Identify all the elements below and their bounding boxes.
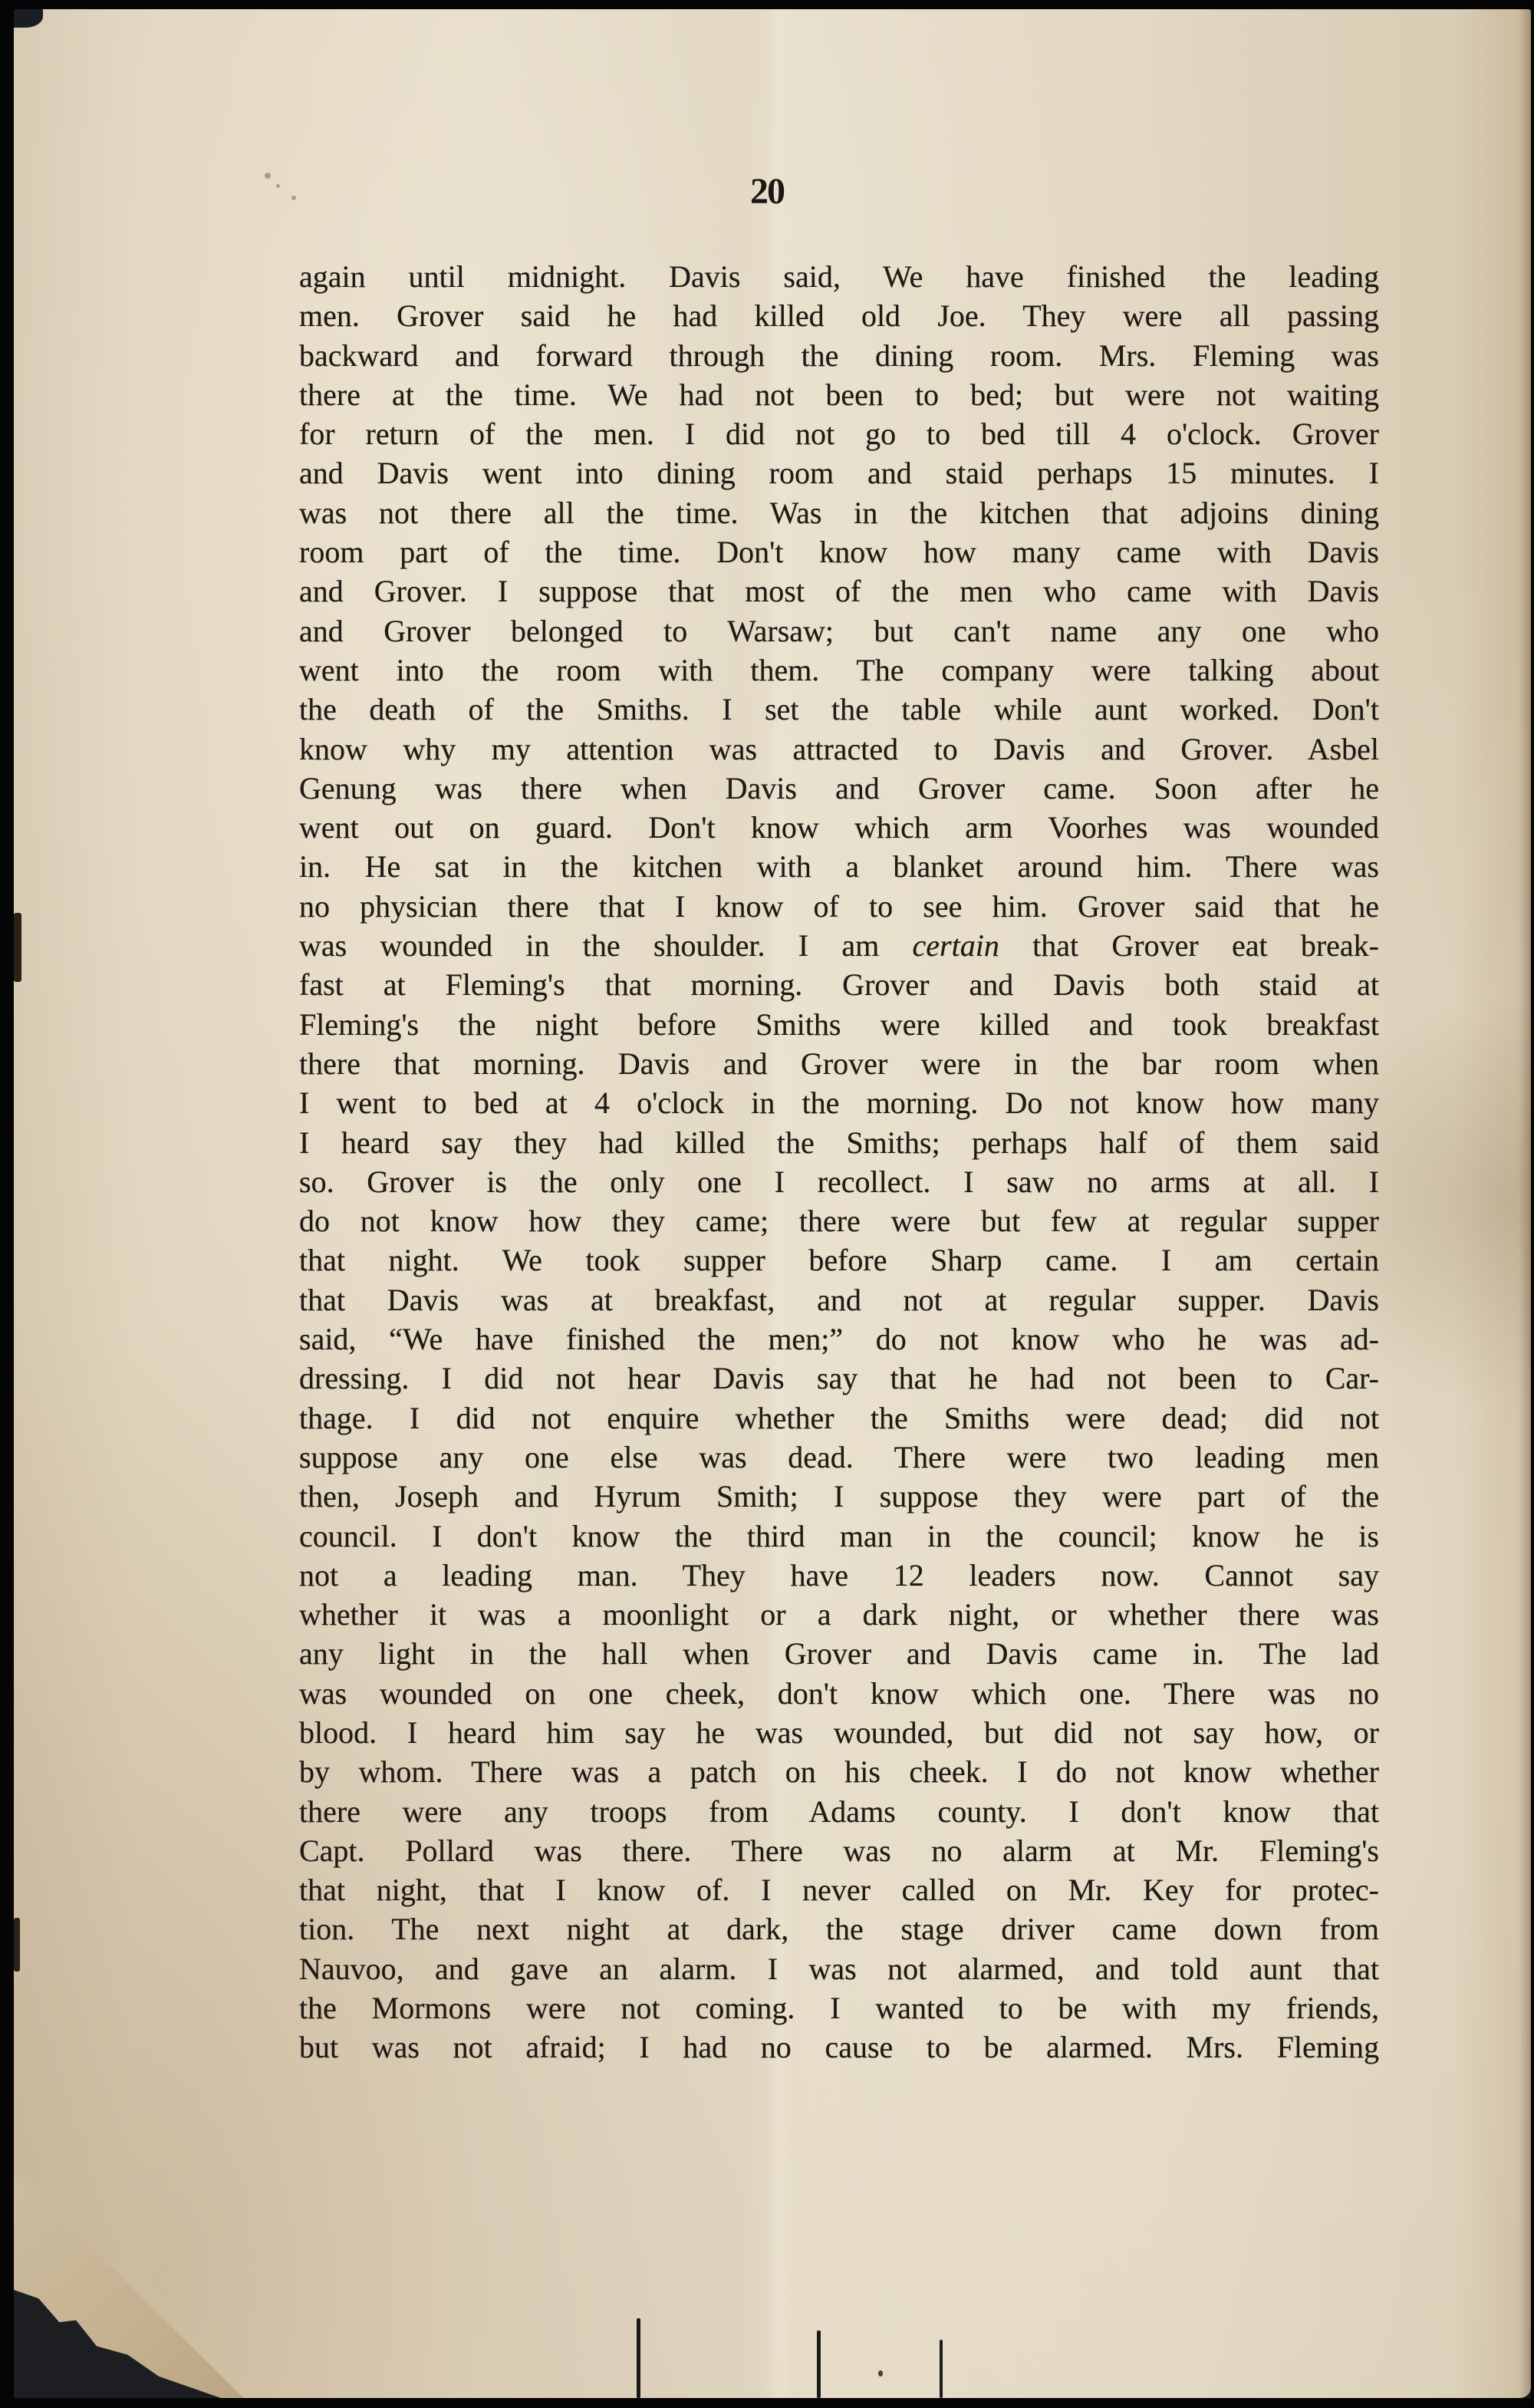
text-line: blood. I heard him say he was wounded, b… [299, 1713, 1379, 1752]
text-line: I went to bed at 4 o'clock in the mornin… [299, 1083, 1379, 1122]
text-line: council. I don't know the third man in t… [299, 1517, 1379, 1556]
text-line: that Davis was at breakfast, and not at … [299, 1280, 1379, 1319]
text-line: there at the time. We had not been to be… [299, 375, 1379, 414]
text-line: and Davis went into dining room and stai… [299, 453, 1379, 492]
paper-crack [940, 2340, 943, 2398]
text-line: Nauvoo, and gave an alarm. I was not ala… [299, 1949, 1379, 1988]
text-line: thage. I did not enquire whether the Smi… [299, 1398, 1379, 1438]
text-line: there that morning. Davis and Grover wer… [299, 1044, 1379, 1083]
page-edge-shadow [1519, 9, 1531, 2398]
text-line: any light in the hall when Grover and Da… [299, 1634, 1379, 1673]
text-line: was wounded on one cheek, don't know whi… [299, 1674, 1379, 1713]
text-line: that night, that I know of. I never call… [299, 1870, 1379, 1909]
text-line: said, “We have finished the men;” do not… [299, 1319, 1379, 1359]
text-line: know why my attention was attracted to D… [299, 730, 1379, 769]
text-line: again until midnight. Davis said, We hav… [299, 257, 1379, 296]
text-line: suppose any one else was dead. There wer… [299, 1438, 1379, 1477]
text-line: do not know how they came; there were bu… [299, 1201, 1379, 1240]
text-line: men. Grover said he had killed old Joe. … [299, 296, 1379, 335]
body-text: again until midnight. Davis said, We hav… [299, 257, 1379, 2067]
text-line: Genung was there when Davis and Grover c… [299, 769, 1379, 808]
text-line: and Grover belonged to Warsaw; but can't… [299, 611, 1379, 651]
paper-crack [637, 2318, 640, 2398]
text-line: Capt. Pollard was there. There was no al… [299, 1831, 1379, 1870]
italic-emphasis: certain [913, 928, 999, 963]
text-line: was not there all the time. Was in the k… [299, 493, 1379, 532]
text-line: whether it was a moonlight or a dark nig… [299, 1595, 1379, 1634]
text-line: was wounded in the shoulder. I am certai… [299, 926, 1379, 965]
text-line: for return of the men. I did not go to b… [299, 414, 1379, 453]
binding-mark [14, 913, 21, 982]
text-segment: that Grover eat break- [999, 928, 1379, 963]
text-line: then, Joseph and Hyrum Smith; I suppose … [299, 1477, 1379, 1516]
text-line: room part of the time. Don't know how ma… [299, 532, 1379, 572]
binding-mark [14, 1918, 20, 1972]
text-line: fast at Fleming's that morning. Grover a… [299, 965, 1379, 1004]
text-line: not a leading man. They have 12 leaders … [299, 1556, 1379, 1595]
text-line: backward and forward through the dining … [299, 336, 1379, 375]
text-line: by whom. There was a patch on his cheek.… [299, 1752, 1379, 1791]
text-line: that night. We took supper before Sharp … [299, 1240, 1379, 1280]
text-line: no physician there that I know of to see… [299, 887, 1379, 926]
text-segment: was wounded in the shoulder. I am [299, 928, 913, 963]
text-line: I heard say they had killed the Smiths; … [299, 1123, 1379, 1162]
text-line: there were any troops from Adams county.… [299, 1792, 1379, 1831]
paper-crack [817, 2331, 821, 2398]
text-line: dressing. I did not hear Davis say that … [299, 1359, 1379, 1398]
text-line: in. He sat in the kitchen with a blanket… [299, 847, 1379, 886]
text-line: tion. The next night at dark, the stage … [299, 1909, 1379, 1948]
text-line: but was not afraid; I had no cause to be… [299, 2028, 1379, 2067]
text-line: the death of the Smiths. I set the table… [299, 690, 1379, 729]
foxing-spot [878, 2370, 883, 2377]
text-line: went out on guard. Don't know which arm … [299, 808, 1379, 847]
text-line: Fleming's the night before Smiths were k… [299, 1005, 1379, 1044]
text-line: so. Grover is the only one I recollect. … [299, 1162, 1379, 1201]
text-line: and Grover. I suppose that most of the m… [299, 572, 1379, 611]
text-line: the Mormons were not coming. I wanted to… [299, 1988, 1379, 2028]
page-number: 20 [0, 170, 1534, 212]
text-line: went into the room with them. The compan… [299, 651, 1379, 690]
